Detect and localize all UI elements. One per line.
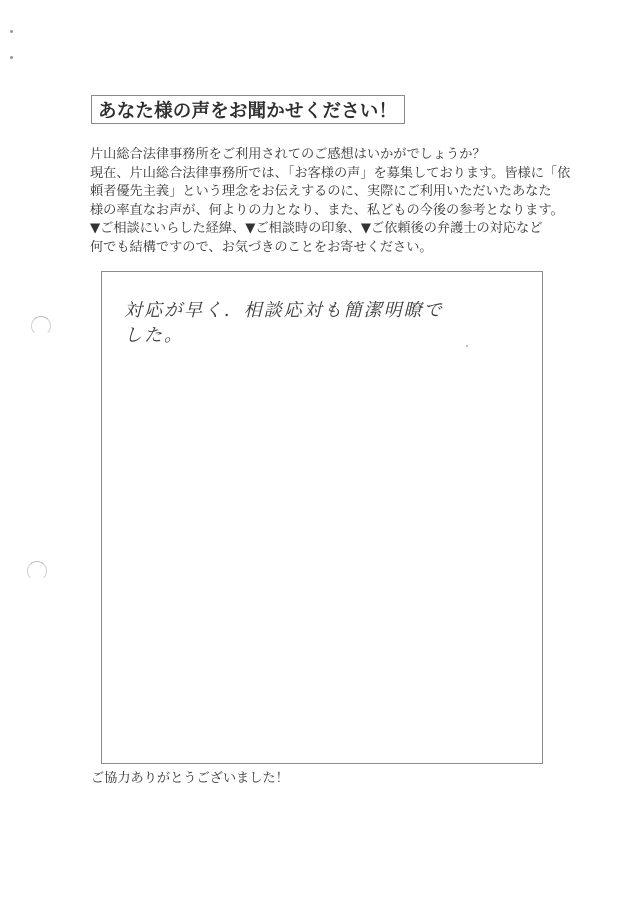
handwritten-line: 対応が早く．相談応対も簡潔明瞭で [124,298,524,323]
intro-line: 何でも結構ですので、お気づきのことをお寄せください。 [90,239,560,258]
page-title: あなた様の声をお聞かせください！ [98,97,397,123]
intro-line: 片山総合法律事務所をご利用されてのご感想はいかがでしょうか？ [90,146,560,165]
comment-box: 対応が早く．相談応対も簡潔明瞭で した。 [101,271,543,764]
intro-paragraph: 片山総合法律事務所をご利用されてのご感想はいかがでしょうか？ 現在、片山総合法律… [90,146,560,258]
punch-hole-mark [31,316,51,336]
punch-hole-mark [27,561,47,581]
intro-line: 頼者優先主義」という理念をお伝えするのに、実際にご利用いただいたあなた [90,183,560,202]
handwritten-line: した。 [124,323,524,348]
intro-line: ▼ご相談にいらした経緯、▼ご相談時の印象、▼ご依頼後の弁護士の対応など [90,220,560,239]
handwritten-comment: 対応が早く．相談応対も簡潔明瞭で した。 [124,298,524,348]
intro-line: 現在、片山総合法律事務所では、「お客様の声」を募集しております。皆様に「依 [90,165,560,184]
intro-line: 様の率直なお声が、何よりの力となり、また、私どもの今後の参考となります。 [90,202,560,221]
title-box: あなた様の声をお聞かせください！ [91,95,405,124]
closing-message: ご協力ありがとうございました！ [91,767,289,786]
scan-artifact-dot [10,30,13,33]
scan-artifact-dot [10,56,13,59]
stray-pen-mark [466,345,468,347]
